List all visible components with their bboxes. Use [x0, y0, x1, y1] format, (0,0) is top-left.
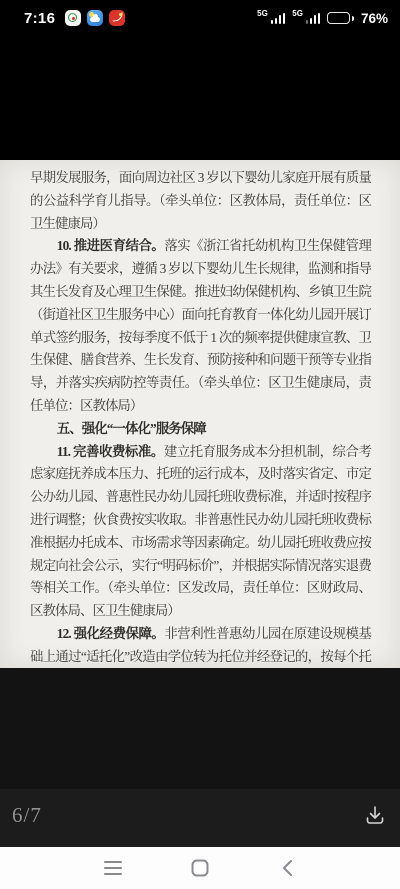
- doc-section-heading: 五、强化“一体化”服务保障: [30, 418, 371, 441]
- network-label-1: 5G: [257, 10, 268, 18]
- battery-body: [327, 12, 350, 24]
- status-bar-right: 5G 5G 76%: [257, 11, 388, 26]
- download-icon[interactable]: [362, 802, 388, 828]
- paragraph-lead: 11. 完善收费标准。: [57, 444, 164, 459]
- document-page[interactable]: 早期发展服务，面向周边社区 3 岁以下婴幼儿家庭开展有质量的公益科学育儿指导。（…: [0, 160, 400, 668]
- battery-percent: 76%: [361, 11, 388, 26]
- recents-menu-icon[interactable]: [70, 860, 157, 876]
- paragraph-lead: 10. 推进医育结合。: [57, 238, 165, 253]
- home-square-icon[interactable]: [157, 859, 244, 877]
- red-news-app-icon: [109, 10, 125, 26]
- clock: 7:16: [24, 10, 55, 27]
- paragraph-text: 建立托育服务成本分担机制，综合考虑家庭抚养成本压力、托班的运行成本，及时落实省定…: [30, 444, 371, 619]
- health-app-icon: [65, 10, 81, 26]
- signal-bars-2: [306, 13, 321, 24]
- system-nav-bar: [0, 847, 400, 889]
- paragraph-text: 早期发展服务，面向周边社区 3 岁以下婴幼儿家庭开展有质量的公益科学育儿指导。（…: [30, 170, 371, 231]
- back-chevron-icon[interactable]: [244, 858, 331, 878]
- battery-icon: [327, 12, 354, 24]
- doc-paragraph: 10. 推进医育结合。落实《浙江省托幼机构卫生保健管理办法》有关要求，遵循 3 …: [30, 235, 371, 417]
- heading-text: 五、强化“一体化”服务保障: [57, 421, 206, 436]
- viewer-footer: 6/7: [0, 668, 400, 847]
- viewer-toolbar: 6/7: [0, 789, 400, 847]
- signal-bars-1: [271, 13, 286, 24]
- status-bar: 7:16 5G 5G 76%: [0, 0, 400, 34]
- signal-5g-icon-1: 5G: [257, 13, 285, 24]
- page-indicator: 6/7: [12, 803, 42, 828]
- paragraph-lead: 12. 强化经费保障。: [57, 626, 165, 641]
- doc-paragraph: 早期发展服务，面向周边社区 3 岁以下婴幼儿家庭开展有质量的公益科学育儿指导。（…: [30, 167, 371, 235]
- health-dot: [72, 17, 75, 20]
- network-label-2: 5G: [292, 10, 303, 18]
- signal-5g-icon-2: 5G: [292, 13, 320, 24]
- phone-screen: 7:16 5G 5G 76% 早期发展服务，面向周边社区 3 岁以下婴幼儿家庭开…: [0, 0, 400, 889]
- doc-paragraph: 12. 强化经费保障。非营利性普惠幼儿园在原建设规模基础上通过“适托化”改造由学…: [30, 623, 371, 668]
- status-bar-left: 7:16: [24, 10, 125, 27]
- cloud-shape: [90, 17, 100, 22]
- weather-app-icon: [87, 10, 103, 26]
- doc-paragraph: 11. 完善收费标准。建立托育服务成本分担机制，综合考虑家庭抚养成本压力、托班的…: [30, 441, 371, 623]
- battery-cap: [352, 16, 354, 21]
- paragraph-text: 落实《浙江省托幼机构卫生保健管理办法》有关要求，遵循 3 岁以下婴幼儿生长规律，…: [30, 238, 371, 413]
